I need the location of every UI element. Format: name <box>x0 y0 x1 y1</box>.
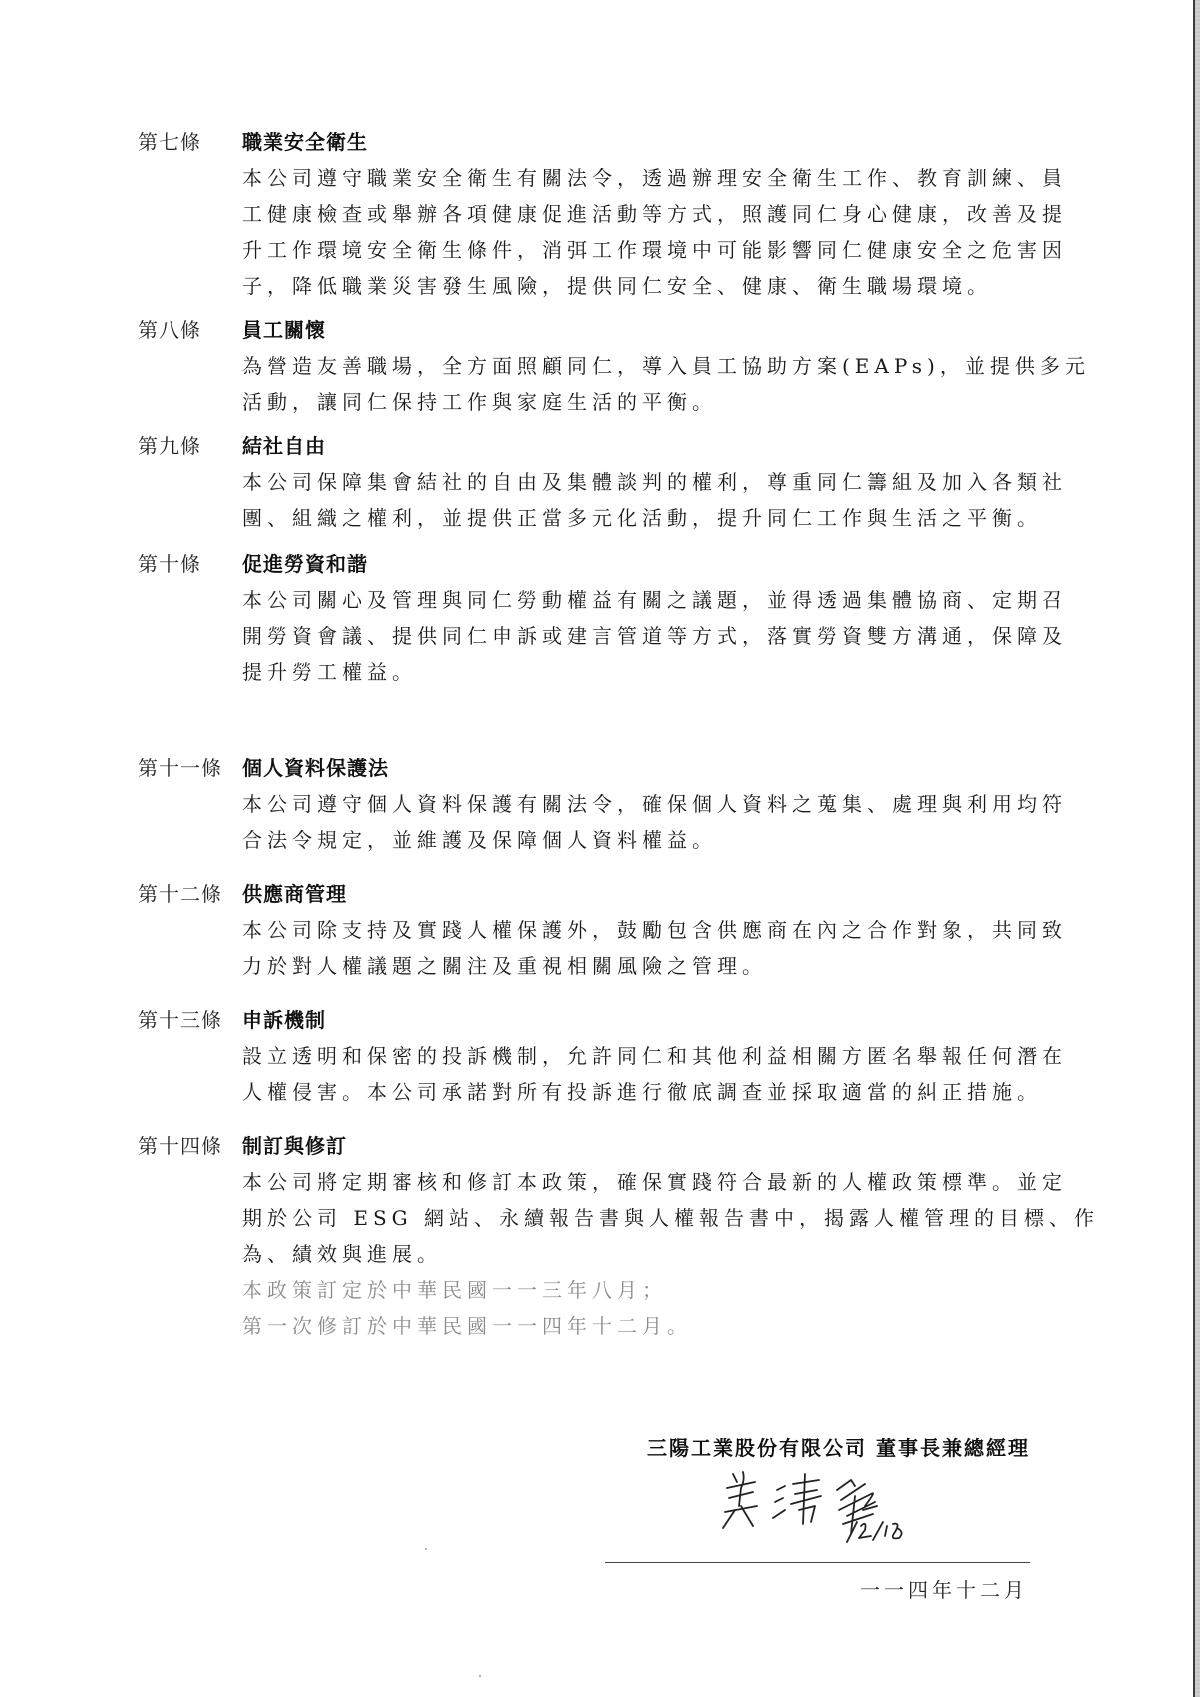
article-title: 個人資料保護法 <box>242 750 389 786</box>
article-number: 第八條 <box>138 312 242 348</box>
article-body: 本公司將定期審核和修訂本政策，確保實踐符合最新的人權政策標準。並定 期於公司 E… <box>242 1164 1042 1344</box>
body-line: 本公司關心及管理與同仁勞動權益有關之議題，並得透過集體協商、定期召 <box>242 582 1042 618</box>
body-line: 本公司保障集會結社的自由及集體談判的權利，尊重同仁籌組及加入各類社 <box>242 464 1042 500</box>
article-14: 第十四條 制訂與修訂 本公司將定期審核和修訂本政策，確保實踐符合最新的人權政策標… <box>138 1128 1038 1344</box>
body-line: 開勞資會議、提供同仁申訴或建言管道等方式，落實勞資雙方溝通，保障及 <box>242 618 1042 654</box>
article-title: 結社自由 <box>242 428 326 464</box>
article-heading: 第七條 職業安全衛生 <box>138 124 1038 160</box>
article-heading: 第八條 員工關懷 <box>138 312 1038 348</box>
article-number: 第九條 <box>138 428 242 464</box>
article-heading: 第十三條 申訴機制 <box>138 1002 1038 1038</box>
handwritten-signature <box>605 1464 1030 1532</box>
body-line: 工健康檢查或舉辦各項健康促進活動等方式，照護同仁身心健康，改善及提 <box>242 196 1042 232</box>
signature-scribble-icon <box>715 1466 945 1546</box>
body-line: 本公司遵守職業安全衛生有關法令，透過辦理安全衛生工作、教育訓練、員 <box>242 160 1042 196</box>
article-9: 第九條 結社自由 本公司保障集會結社的自由及集體談判的權利，尊重同仁籌組及加入各… <box>138 428 1038 536</box>
body-line: 團、組織之權利，並提供正當多元化活動，提升同仁工作與生活之平衡。 <box>242 500 1042 536</box>
article-title: 申訴機制 <box>242 1002 326 1038</box>
article-10: 第十條 促進勞資和諧 本公司關心及管理與同仁勞動權益有關之議題，並得透過集體協商… <box>138 546 1038 690</box>
article-number: 第七條 <box>138 124 242 160</box>
article-title: 職業安全衛生 <box>242 124 368 160</box>
body-line: 提升勞工權益。 <box>242 654 1042 690</box>
article-body: 本公司保障集會結社的自由及集體談判的權利，尊重同仁籌組及加入各類社 團、組織之權… <box>242 464 1042 536</box>
policy-history-line: 第一次修訂於中華民國一一四年十二月。 <box>242 1308 1042 1344</box>
article-heading: 第十二條 供應商管理 <box>138 876 1038 912</box>
article-heading: 第九條 結社自由 <box>138 428 1038 464</box>
body-line: 為、績效與進展。 <box>242 1236 1042 1272</box>
article-body: 設立透明和保密的投訴機制，允許同仁和其他利益相關方匿名舉報任何潛在 人權侵害。本… <box>242 1038 1042 1110</box>
article-number: 第十三條 <box>138 1002 242 1038</box>
scan-speck <box>479 1675 481 1677</box>
body-line: 活動，讓同仁保持工作與家庭生活的平衡。 <box>242 384 1042 420</box>
article-body: 為營造友善職場，全方面照顧同仁，導入員工協助方案(EAPs)，並提供多元 活動，… <box>242 348 1042 420</box>
article-title: 促進勞資和諧 <box>242 546 368 582</box>
article-title: 員工關懷 <box>242 312 326 348</box>
signatory-title: 三陽工業股份有限公司 董事長兼總經理 <box>605 1432 1030 1464</box>
article-13: 第十三條 申訴機制 設立透明和保密的投訴機制，允許同仁和其他利益相關方匿名舉報任… <box>138 1002 1038 1110</box>
body-line: 本公司將定期審核和修訂本政策，確保實踐符合最新的人權政策標準。並定 <box>242 1164 1042 1200</box>
article-number: 第十二條 <box>138 876 242 912</box>
article-11: 第十一條 個人資料保護法 本公司遵守個人資料保護有關法令，確保個人資料之蒐集、處… <box>138 750 1038 858</box>
article-title: 供應商管理 <box>242 876 347 912</box>
article-number: 第十條 <box>138 546 242 582</box>
body-line: 人權侵害。本公司承諾對所有投訴進行徹底調查並採取適當的糾正措施。 <box>242 1074 1042 1110</box>
body-line: 本公司除支持及實踐人權保護外，鼓勵包含供應商在內之合作對象，共同致 <box>242 912 1042 948</box>
body-line: 合法令規定，並維護及保障個人資料權益。 <box>242 822 1042 858</box>
document-page: 第七條 職業安全衛生 本公司遵守職業安全衛生有關法令，透過辦理安全衛生工作、教育… <box>0 0 1193 1697</box>
article-8: 第八條 員工關懷 為營造友善職場，全方面照顧同仁，導入員工協助方案(EAPs)，… <box>138 312 1038 420</box>
article-12: 第十二條 供應商管理 本公司除支持及實踐人權保護外，鼓勵包含供應商在內之合作對象… <box>138 876 1038 984</box>
article-heading: 第十四條 制訂與修訂 <box>138 1128 1038 1164</box>
signature-block: 三陽工業股份有限公司 董事長兼總經理 <box>605 1432 1030 1532</box>
signature-line <box>605 1562 1030 1563</box>
body-line: 本公司遵守個人資料保護有關法令，確保個人資料之蒐集、處理與利用均符 <box>242 786 1042 822</box>
body-line: 期於公司 ESG 網站、永續報告書與人權報告書中，揭露人權管理的目標、作 <box>242 1200 1042 1236</box>
policy-history-line: 本政策訂定於中華民國一一三年八月； <box>242 1272 1042 1308</box>
article-body: 本公司除支持及實踐人權保護外，鼓勵包含供應商在內之合作對象，共同致 力於對人權議… <box>242 912 1042 984</box>
article-body: 本公司遵守個人資料保護有關法令，確保個人資料之蒐集、處理與利用均符 合法令規定，… <box>242 786 1042 858</box>
body-line: 為營造友善職場，全方面照顧同仁，導入員工協助方案(EAPs)，並提供多元 <box>242 348 1042 384</box>
article-number: 第十一條 <box>138 750 242 786</box>
article-body: 本公司遵守職業安全衛生有關法令，透過辦理安全衛生工作、教育訓練、員 工健康檢查或… <box>242 160 1042 304</box>
body-line: 力於對人權議題之關注及重視相關風險之管理。 <box>242 948 1042 984</box>
scan-edge <box>1193 0 1200 1697</box>
body-line: 設立透明和保密的投訴機制，允許同仁和其他利益相關方匿名舉報任何潛在 <box>242 1038 1042 1074</box>
article-number: 第十四條 <box>138 1128 242 1164</box>
signature-date: 一一四年十二月 <box>860 1575 1028 1605</box>
body-line: 升工作環境安全衛生條件，消弭工作環境中可能影響同仁健康安全之危害因 <box>242 232 1042 268</box>
scan-speck <box>425 1548 427 1550</box>
article-7: 第七條 職業安全衛生 本公司遵守職業安全衛生有關法令，透過辦理安全衛生工作、教育… <box>138 124 1038 304</box>
body-line: 子，降低職業災害發生風險，提供同仁安全、健康、衛生職場環境。 <box>242 268 1042 304</box>
article-title: 制訂與修訂 <box>242 1128 347 1164</box>
article-heading: 第十一條 個人資料保護法 <box>138 750 1038 786</box>
article-body: 本公司關心及管理與同仁勞動權益有關之議題，並得透過集體協商、定期召 開勞資會議、… <box>242 582 1042 690</box>
article-heading: 第十條 促進勞資和諧 <box>138 546 1038 582</box>
